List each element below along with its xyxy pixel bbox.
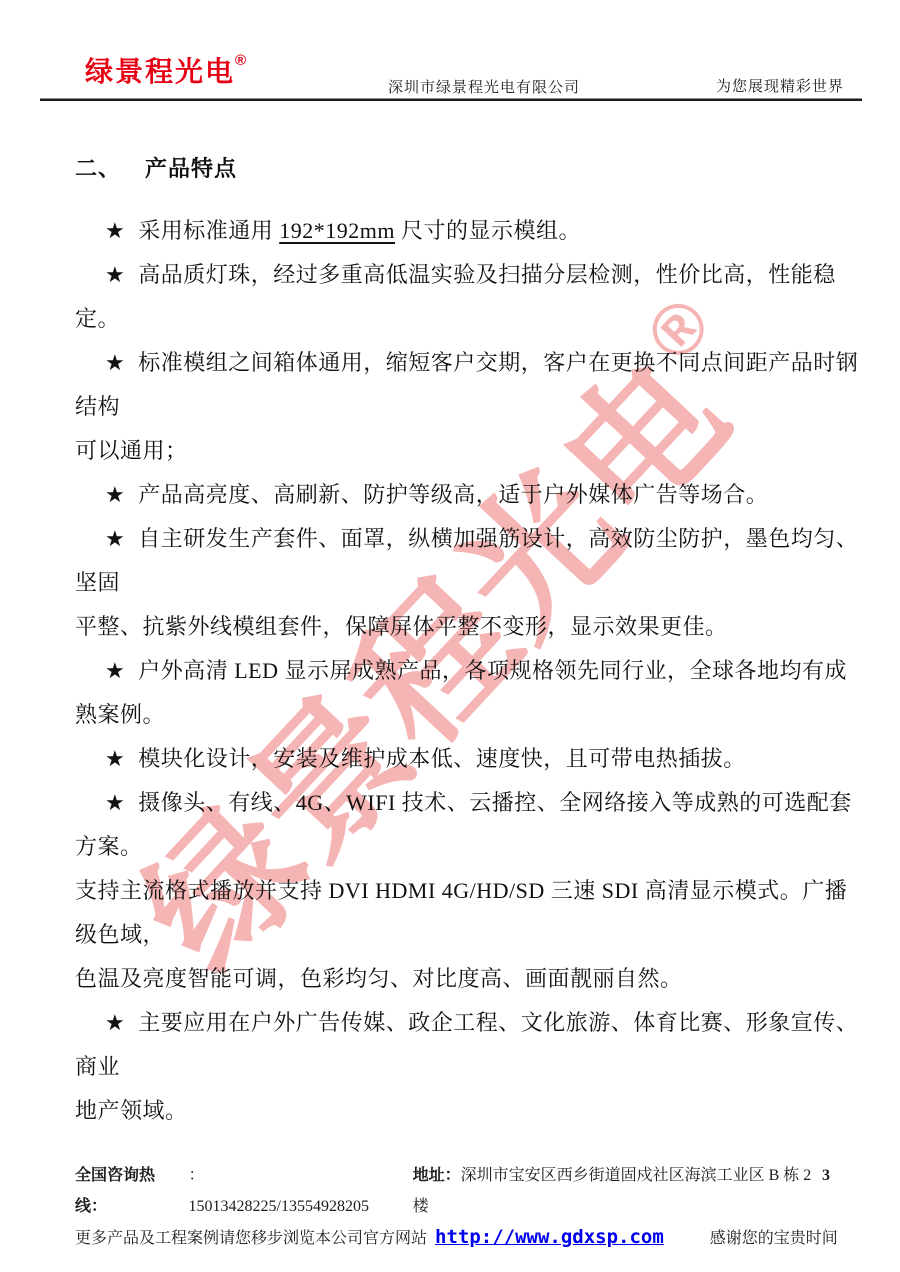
header-divider [40, 98, 862, 101]
website-prompt: 更多产品及工程案例请您移步浏览本公司官方网站 [75, 1223, 427, 1254]
feature-text: 产品高亮度、高刷新、防护等级高，适于户外媒体广告等场合。 [138, 482, 768, 507]
address: 地址：深圳市宝安区西乡街道固戍社区海滨工业区 B 栋 2 楼 [413, 1160, 822, 1222]
star-bullet-icon: ★ [105, 218, 125, 243]
feature-item-self-developed-kit: ★自主研发生产套件、面罩，纵横加强筋设计，高效防尘防护，墨色均匀、坚固 平整、抗… [75, 517, 865, 649]
page-number: 3 [822, 1160, 860, 1191]
star-bullet-icon: ★ [105, 350, 125, 375]
feature-item-lamp-quality: ★高品质灯珠，经过多重高低温实验及扫描分层检测，性价比高，性能稳定。 [75, 253, 865, 341]
feature-text: 摄像头、有线、4G、WIFI 技术、云播控、全网络接入等成熟的可选配套方案。 支… [75, 790, 852, 991]
feature-text: 高品质灯珠，经过多重高低温实验及扫描分层检测，性价比高，性能稳定。 [75, 262, 836, 331]
module-size-value: 192*192mm [279, 218, 395, 243]
feature-item-connectivity: ★摄像头、有线、4G、WIFI 技术、云播控、全网络接入等成熟的可选配套方案。 … [75, 781, 865, 1001]
section-title: 二、产品特点 [75, 152, 865, 183]
thanks-text: 感谢您的宝贵时间 [710, 1223, 838, 1254]
feature-text: 自主研发生产套件、面罩，纵横加强筋设计，高效防尘防护，墨色均匀、坚固 平整、抗紫… [75, 526, 858, 639]
page-footer: 全国咨询热线：：15013428225/13554928205地址：深圳市宝安区… [75, 1160, 860, 1254]
star-bullet-icon: ★ [105, 526, 125, 551]
hotline-numbers: ：15013428225/13554928205 [189, 1160, 381, 1222]
star-bullet-icon: ★ [105, 658, 125, 683]
document-page: 绿景程光电® 深圳市绿景程光电有限公司 为您展现精彩世界 绿景程光电® 二、产品… [0, 0, 900, 1272]
document-body: 二、产品特点 ★采用标准通用 192*192mm 尺寸的显示模组。 ★高品质灯珠… [75, 152, 865, 1133]
header-slogan: 为您展现精彩世界 [716, 75, 844, 96]
feature-item-module-size: ★采用标准通用 192*192mm 尺寸的显示模组。 [75, 209, 865, 253]
feature-item-cabinet-compatibility: ★标准模组之间箱体通用，缩短客户交期，客户在更换不同点间距产品时钢结构 可以通用… [75, 341, 865, 473]
company-logo: 绿景程光电® [85, 50, 246, 90]
logo-text: 绿景程光电 [85, 56, 235, 87]
section-number: 二、 [75, 156, 121, 181]
feature-item-brightness: ★产品高亮度、高刷新、防护等级高，适于户外媒体广告等场合。 [75, 473, 865, 517]
feature-text: 采用标准通用 [138, 218, 279, 243]
feature-item-mature-product: ★户外高清 LED 显示屏成熟产品，各项规格领先同行业，全球各地均有成熟案例。 [75, 649, 865, 737]
feature-text: 模块化设计，安装及维护成本低、速度快，且可带电热插拔。 [138, 746, 746, 771]
registered-trademark-icon: ® [235, 52, 246, 69]
address-label: 地址： [413, 1167, 461, 1184]
website-link[interactable]: http://www.gdxsp.com [435, 1222, 664, 1253]
star-bullet-icon: ★ [105, 790, 125, 815]
address-value: 深圳市宝安区西乡街道固戍社区海滨工业区 B 栋 2 楼 [413, 1167, 812, 1215]
star-bullet-icon: ★ [105, 746, 125, 771]
feature-item-applications: ★主要应用在户外广告传媒、政企工程、文化旅游、体育比赛、形象宣传、商业 地产领域… [75, 1001, 865, 1133]
feature-text: 户外高清 LED 显示屏成熟产品，各项规格领先同行业，全球各地均有成熟案例。 [75, 658, 847, 727]
feature-text: 尺寸的显示模组。 [395, 218, 581, 243]
header-company-name: 深圳市绿景程光电有限公司 [388, 76, 580, 97]
footer-contact-row: 全国咨询热线：：15013428225/13554928205地址：深圳市宝安区… [75, 1160, 860, 1222]
star-bullet-icon: ★ [105, 482, 125, 507]
star-bullet-icon: ★ [105, 1010, 125, 1035]
feature-text: 标准模组之间箱体通用，缩短客户交期，客户在更换不同点间距产品时钢结构 可以通用； [75, 350, 858, 463]
section-title-text: 产品特点 [145, 156, 237, 181]
footer-website-row: 更多产品及工程案例请您移步浏览本公司官方网站http://www.gdxsp.c… [75, 1222, 860, 1254]
feature-item-modular-design: ★模块化设计，安装及维护成本低、速度快，且可带电热插拔。 [75, 737, 865, 781]
hotline-label: 全国咨询热线： [75, 1160, 185, 1222]
feature-text: 主要应用在户外广告传媒、政企工程、文化旅游、体育比赛、形象宣传、商业 地产领域。 [75, 1010, 858, 1123]
star-bullet-icon: ★ [105, 262, 125, 287]
